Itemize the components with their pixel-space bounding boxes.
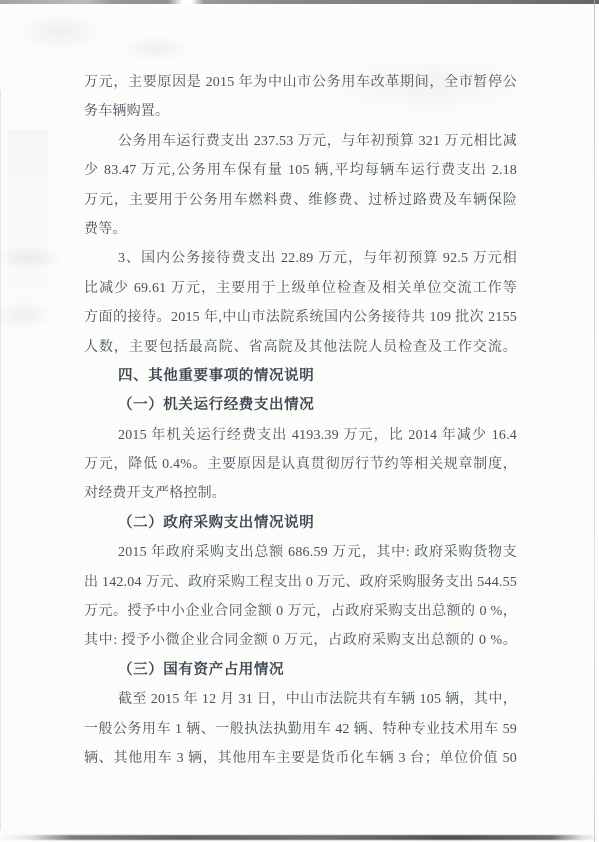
scan-edge-right [594, 0, 595, 842]
text-line: 截至 2015 年 12 月 31 日，中山市法院共有车辆 105 辆，其中， [84, 685, 517, 714]
text-line: 2015 年机关运行经费支出 4193.39 万元，比 2014 年减少 16.… [84, 421, 517, 450]
scan-smudge [0, 300, 52, 330]
scan-smudge [0, 245, 64, 271]
document-page: 万元，主要原因是 2015 年为中山市公务用车改革期间，全市暂停公务车辆购置。公… [0, 0, 599, 842]
scan-smudge [8, 130, 48, 350]
text-line: 万元。授予中小企业合同金额 0 万元，占政府采购支出总额的 0 %， [84, 597, 517, 626]
scan-smudge [120, 36, 190, 62]
heading-line: 四、其他重要事项的情况说明 [84, 362, 517, 391]
text-line: 比减少 69.61 万元，主要用于上级单位检查及相关单位交流工作等 [84, 274, 517, 303]
text-line: 费等。 [84, 215, 517, 244]
text-line: 对经费开支严格控制。 [84, 479, 517, 508]
scan-edge-bottom [0, 835, 599, 840]
heading-line: （一）机关运行经费支出情况 [84, 391, 517, 420]
text-line: 辆、其他用车 3 辆，其他用车主要是货币化车辆 3 台；单位价值 50 [84, 744, 517, 773]
scan-smudge [15, 12, 105, 52]
text-line: 公务用车运行费支出 237.53 万元，与年初预算 321 万元相比减 [84, 127, 517, 156]
heading-line: （二）政府采购支出情况说明 [84, 509, 517, 538]
heading-line: （三）国有资产占用情况 [84, 656, 517, 685]
text-line: 2015 年政府采购支出总额 686.59 万元，其中: 政府采购货物支 [84, 538, 517, 567]
text-line: 少 83.47 万元,公务用车保有量 105 辆,平均每辆车运行费支出 2.18 [84, 156, 517, 185]
text-line: 务车辆购置。 [84, 97, 517, 126]
text-line: 人数，主要包括最高院、省高院及其他法院人员检查及工作交流。 [84, 333, 517, 362]
text-line: 一般公务用车 1 辆、一般执法执勤用车 42 辆、特种专业技术用车 59 [84, 715, 517, 744]
text-line: 3、国内公务接待费支出 22.89 万元，与年初预算 92.5 万元相 [84, 244, 517, 273]
scan-edge-left [0, 90, 1, 830]
text-line: 万元，主要原因是 2015 年为中山市公务用车改革期间，全市暂停公 [84, 68, 517, 97]
text-line: 出 142.04 万元、政府采购工程支出 0 万元、政府采购服务支出 544.5… [84, 568, 517, 597]
text-block: 万元，主要原因是 2015 年为中山市公务用车改革期间，全市暂停公务车辆购置。公… [84, 68, 517, 773]
text-line: 万元，降低 0.4%。主要原因是认真贯彻厉行节约等相关规章制度， [84, 450, 517, 479]
scan-edge-top [0, 0, 599, 4]
text-line: 万元，主要用于公务用车燃料费、维修费、过桥过路费及车辆保险 [84, 186, 517, 215]
text-line: 其中: 授予小微企业合同金额 0 万元，占政府采购支出总额的 0 %。 [84, 626, 517, 655]
text-line: 方面的接待。2015 年,中山市法院系统国内公务接待共 109 批次 2155 [84, 303, 517, 332]
